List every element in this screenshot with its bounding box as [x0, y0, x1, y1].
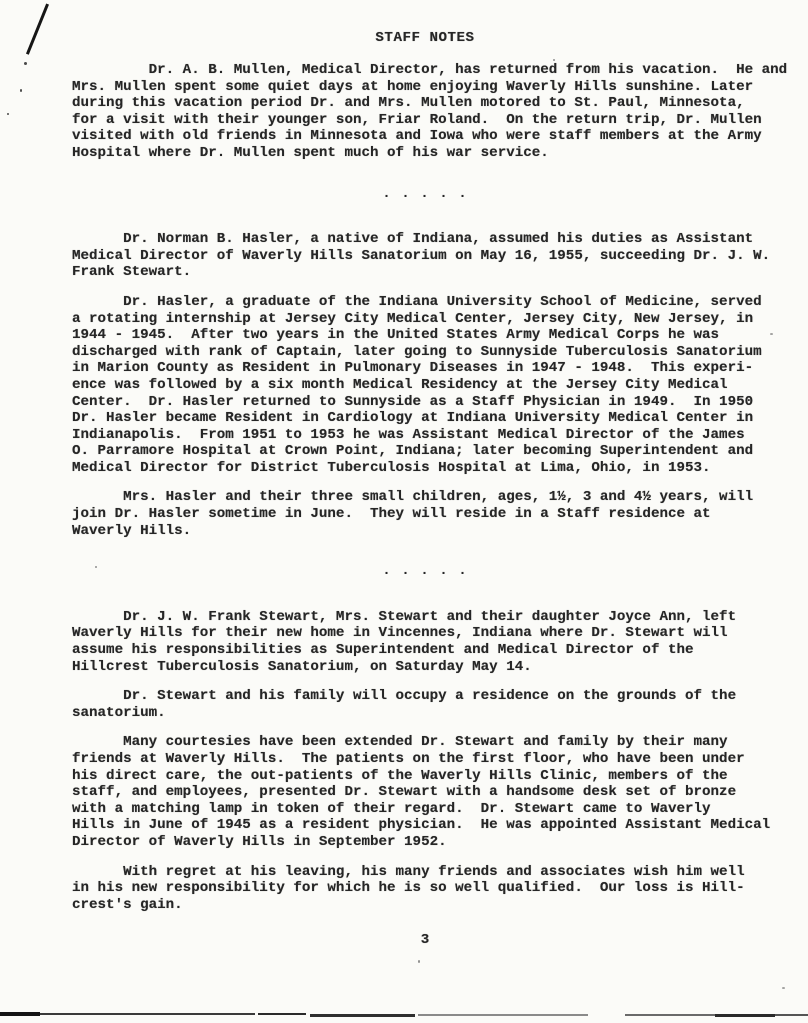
scan-speck [418, 960, 420, 963]
paragraph-stewart-gifts: Many courtesies have been extended Dr. S… [72, 734, 778, 850]
scan-edge-line [40, 1013, 255, 1015]
page-number: 3 [72, 932, 778, 948]
paragraph-hasler-appointment: Dr. Norman B. Hasler, a native of Indian… [72, 231, 778, 281]
scan-edge-line [625, 1014, 715, 1016]
scan-edge-line [418, 1014, 588, 1016]
paragraph-stewart-residence: Dr. Stewart and his family will occupy a… [72, 688, 778, 721]
scan-edge-line [310, 1014, 415, 1017]
paragraph-hasler-biography: Dr. Hasler, a graduate of the Indiana Un… [72, 294, 778, 477]
scan-speck [20, 89, 22, 92]
page-title: STAFF NOTES [72, 30, 778, 47]
pen-slash-mark [26, 3, 49, 54]
paragraph-stewart-farewell: With regret at his leaving, his many fri… [72, 864, 778, 914]
dotted-separator: . . . . . [72, 563, 778, 580]
scan-speck [7, 113, 9, 115]
paragraph-mullen-vacation: Dr. A. B. Mullen, Medical Director, has … [72, 62, 778, 162]
scan-speck [782, 987, 785, 989]
text-column: STAFF NOTES Dr. A. B. Mullen, Medical Di… [72, 30, 778, 948]
dotted-separator: . . . . . [72, 186, 778, 203]
document-page: STAFF NOTES Dr. A. B. Mullen, Medical Di… [0, 0, 808, 1023]
scan-speck [24, 62, 27, 65]
paragraph-stewart-departure: Dr. J. W. Frank Stewart, Mrs. Stewart an… [72, 609, 778, 675]
scan-edge-line [0, 1012, 40, 1016]
scan-edge-line [258, 1013, 306, 1015]
scan-edge-line [715, 1014, 775, 1017]
paragraph-hasler-family: Mrs. Hasler and their three small childr… [72, 489, 778, 539]
scan-edge-line [775, 1014, 808, 1016]
